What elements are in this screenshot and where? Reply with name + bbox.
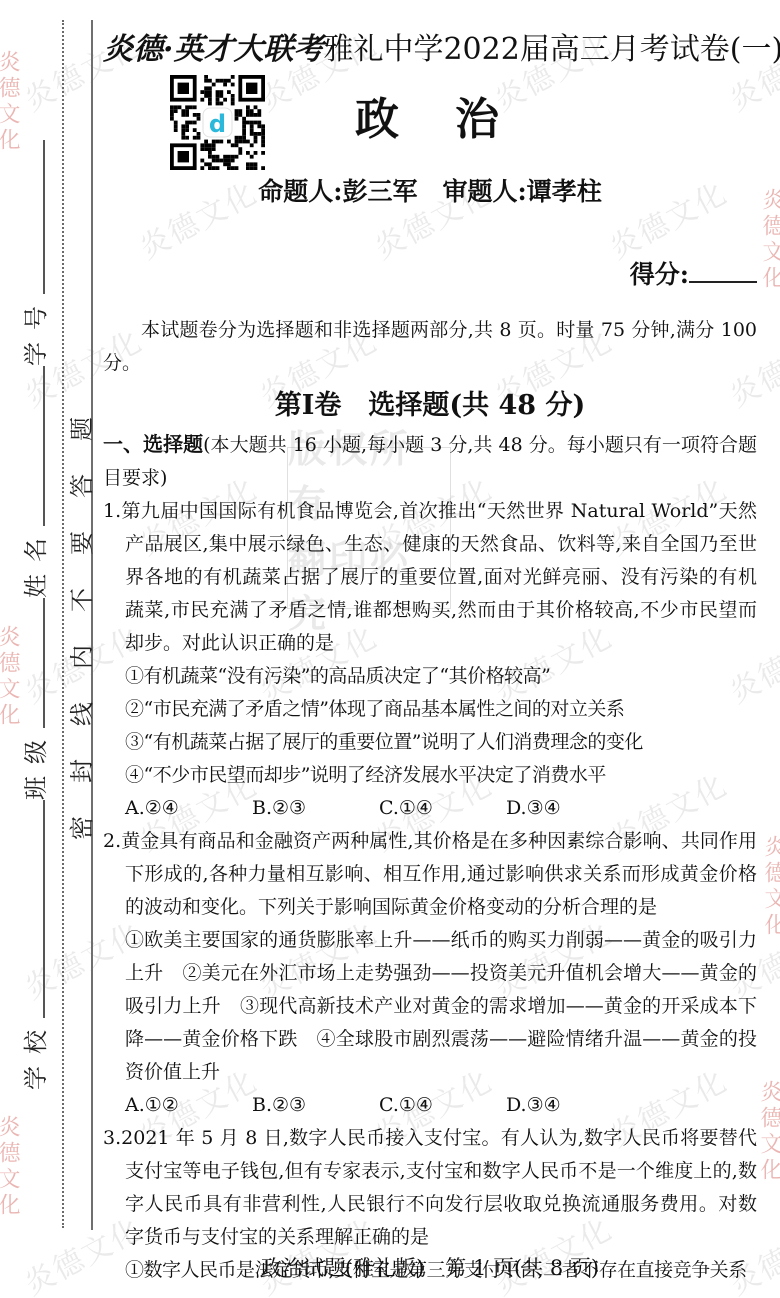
question-2-items-inline: ①欧美主要国家的通货膨胀率上升——纸币的购买力削弱——黄金的吸引力上升 ②美元在… [103, 924, 757, 1089]
question-3-number: 3. [103, 1127, 121, 1149]
student-id-field-label: 学号 [22, 294, 50, 366]
exam-header: 炎德·英才大联考雅礼中学2022届高三月考试卷(一) [103, 24, 757, 68]
class-field-label: 班级 [22, 728, 50, 800]
watermark-edge-text: 炎德文化 [758, 835, 780, 939]
question-2-option-d: D.③④ [506, 1089, 561, 1122]
qr-code: d [170, 75, 265, 170]
watermark-edge-text: 炎德文化 [756, 188, 780, 292]
question-1-item-4: ④“不少市民望而却步”说明了经济发展水平决定了消费水平 [103, 759, 757, 792]
question-1-items: ①有机蔬菜“没有污染”的高品质决定了“其价格较高” ②“市民充满了矛盾之情”体现… [103, 660, 757, 792]
question-1-option-a: A.②④ [125, 792, 252, 825]
question-1-option-d: D.③④ [506, 792, 561, 825]
page-content: 炎德·英才大联考雅礼中学2022届高三月考试卷(一) 政 治 命题人:彭三军 审… [103, 0, 757, 1287]
seal-line-notice: 密封线内不要答题 [62, 382, 92, 842]
score-label: 得分: [630, 260, 689, 289]
question-1-number: 1. [103, 500, 121, 522]
question-3-stem: 3.2021 年 5 月 8 日,数字人民币接入支付宝。有人认为,数字人民币将要… [103, 1122, 757, 1254]
brand-script-text: 炎德·英才大联考 [103, 32, 323, 67]
school-field-label: 学校 [22, 1018, 50, 1090]
name-field-label: 姓名 [22, 526, 50, 598]
student-id-field-blank [33, 140, 45, 294]
question-2-stem: 2.黄金具有商品和金融资产两种属性,其价格是在多种因素综合影响、共同作用下形成的… [103, 825, 757, 924]
question-1-item-1: ①有机蔬菜“没有污染”的高品质决定了“其价格较高” [103, 660, 757, 693]
authors-line: 命题人:彭三军 审题人:谭孝柱 [103, 176, 757, 208]
score-blank [689, 256, 757, 283]
question-1-stem: 1.第九届中国国际有机食品博览会,首次推出“天然世界 Natural World… [103, 495, 757, 660]
svg-text:d: d [209, 110, 226, 138]
watermark-edge-text: 炎德文化 [0, 1115, 23, 1219]
question-2-number: 2. [103, 830, 121, 852]
question-2-option-c: C.①④ [379, 1089, 506, 1122]
class-field-blank [33, 598, 45, 728]
score-row: 得分: [103, 256, 757, 292]
question-1: 1.第九届中国国际有机食品博览会,首次推出“天然世界 Natural World… [103, 495, 757, 825]
question-2-option-a: A.①② [125, 1089, 252, 1122]
section1-heading-lead: 一、选择题 [103, 432, 203, 456]
question-1-options: A.②④ B.②③ C.①④ D.③④ [103, 792, 757, 825]
exam-title-text: 雅礼中学2022届高三月考试卷(一) [323, 32, 780, 67]
section1-heading: 一、选择题(本大题共 16 小题,每小题 3 分,共 48 分。每小题只有一项符… [103, 428, 757, 495]
question-2-options: A.①② B.②③ C.①④ D.③④ [103, 1089, 757, 1122]
question-1-option-b: B.②③ [252, 792, 379, 825]
school-field-blank [33, 800, 45, 1018]
name-field-blank [33, 366, 45, 526]
student-info-fields: 学校 班级 姓名 学号 [10, 115, 50, 1115]
part1-title: 第Ⅰ卷 选择题(共 48 分) [103, 388, 757, 424]
question-1-option-c: C.①④ [379, 792, 506, 825]
question-2-option-b: B.②③ [252, 1089, 379, 1122]
page-footer: 政治试题(雅礼版) 第 1 页(共 8 页) [103, 1252, 757, 1282]
question-1-item-2: ②“市民充满了矛盾之情”体现了商品基本属性之间的对立关系 [103, 693, 757, 726]
question-2: 2.黄金具有商品和金融资产两种属性,其价格是在多种因素综合影响、共同作用下形成的… [103, 825, 757, 1122]
exam-intro: 本试题卷分为选择题和非选择题两部分,共 8 页。时量 75 分钟,满分 100 … [103, 314, 757, 380]
watermark-edge-text: 炎德文化 [754, 1080, 780, 1184]
question-1-item-3: ③“有机蔬菜占据了展厅的重要位置”说明了人们消费理念的变化 [103, 726, 757, 759]
